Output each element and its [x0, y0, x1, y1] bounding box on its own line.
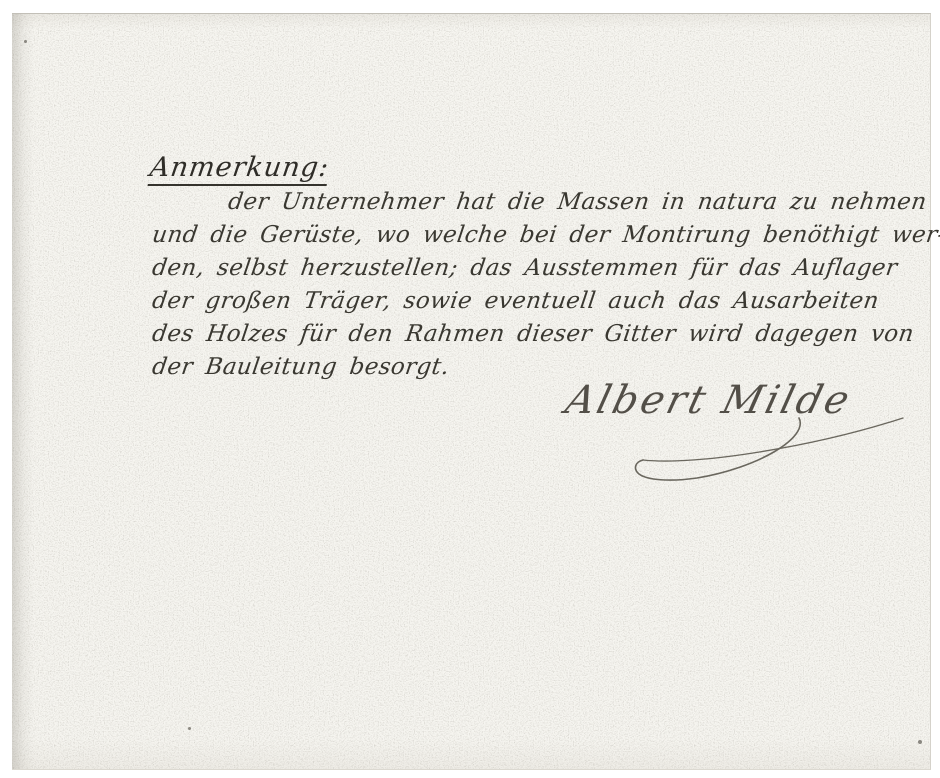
- paper-sheet: Anmerkung: der Unternehmer hat die Masse…: [12, 13, 931, 770]
- note-line: der großen Träger, sowie eventuell auch …: [150, 285, 915, 318]
- dust-speck: [24, 40, 27, 43]
- note-heading-text: Anmerkung:: [148, 152, 332, 186]
- note-line: und die Gerüste, wo welche bei der Monti…: [150, 219, 915, 252]
- signature-block: Albert Milde: [547, 374, 907, 484]
- paper-left-edge-shade: [12, 14, 34, 769]
- note-heading: Anmerkung:: [148, 152, 331, 183]
- note-line: des Holzes für den Rahmen dieser Gitter …: [150, 318, 915, 351]
- signature-flourish-icon: [547, 416, 907, 484]
- note-line: den, selbst herzustellen; das Ausstemmen…: [150, 252, 915, 285]
- note-line: der Unternehmer hat die Massen in natura…: [150, 186, 915, 219]
- dust-speck: [918, 740, 922, 744]
- dust-speck: [188, 727, 191, 730]
- scanned-document: Anmerkung: der Unternehmer hat die Masse…: [0, 0, 940, 778]
- note-body: der Unternehmer hat die Massen in natura…: [150, 186, 910, 384]
